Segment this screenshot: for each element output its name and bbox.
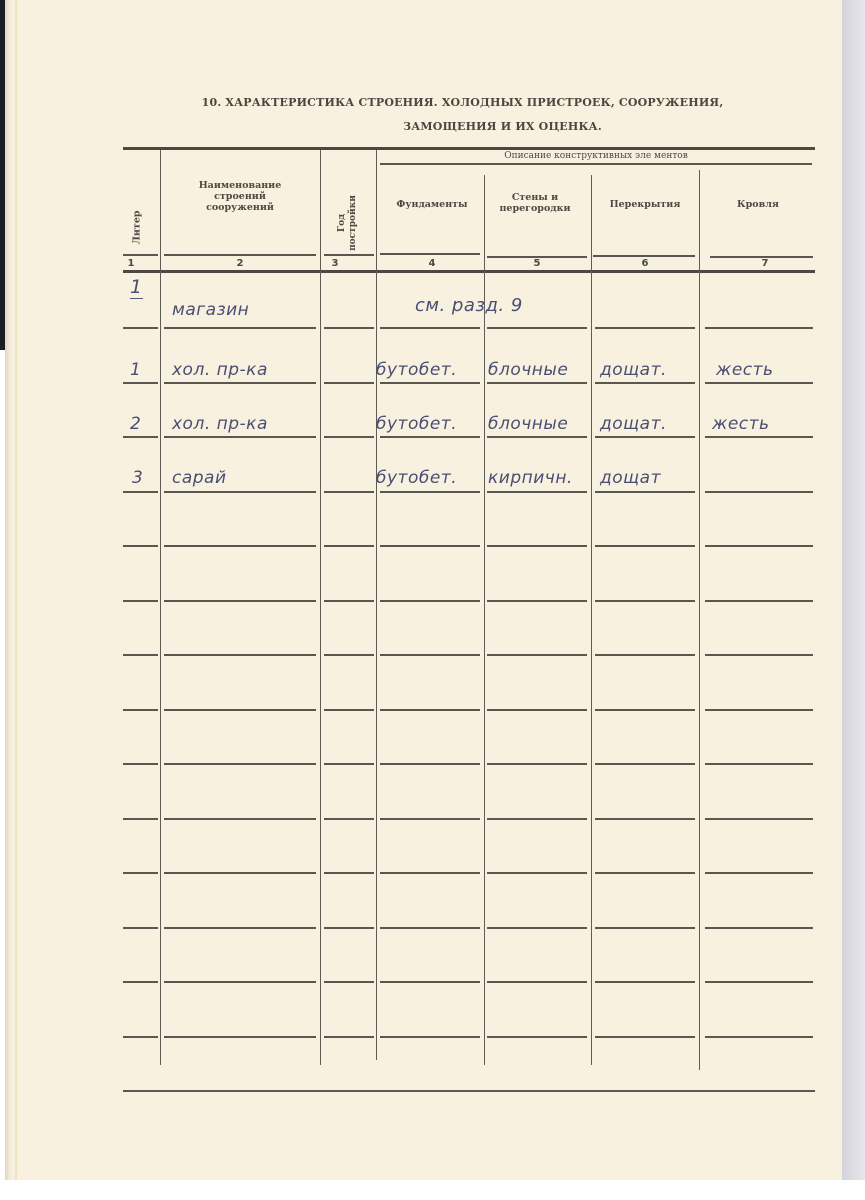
row-separator-line	[324, 382, 374, 384]
row-separator-line	[705, 600, 813, 602]
row-separator-line	[487, 763, 587, 765]
row-separator-line	[123, 545, 158, 547]
row-separator-line	[123, 709, 158, 711]
row-separator-line	[487, 818, 587, 820]
row-separator-line	[705, 654, 813, 656]
cell-name: хол. пр-ка	[172, 360, 268, 380]
row-separator-line	[324, 654, 374, 656]
row-separator-line	[595, 872, 695, 874]
header-divider	[164, 254, 316, 256]
cell-foundation: бутобет.	[376, 360, 457, 380]
row-separator-line	[164, 763, 316, 765]
row-separator-line	[164, 709, 316, 711]
row-separator-line	[595, 763, 695, 765]
row-separator-line	[380, 327, 480, 329]
row-separator-line	[380, 872, 480, 874]
row-separator-line	[380, 382, 480, 384]
row-separator-line	[164, 818, 316, 820]
row-separator-line	[164, 981, 316, 983]
column-header-foundation: Фундаменты	[380, 199, 484, 210]
column-number-6: 6	[638, 258, 652, 269]
row-separator-line	[164, 1036, 316, 1038]
row-separator-line	[705, 436, 813, 438]
cell-roof: жесть	[716, 360, 774, 380]
row-separator-line	[123, 872, 158, 874]
header-bottom-border	[123, 270, 815, 273]
row-separator-line	[595, 927, 695, 929]
cell-floors: дощат.	[600, 360, 667, 380]
row-separator-line	[595, 981, 695, 983]
row-separator-line	[705, 927, 813, 929]
row-separator-line	[705, 709, 813, 711]
row-separator-line	[324, 927, 374, 929]
row-separator-line	[164, 491, 316, 493]
header-divider	[123, 254, 158, 256]
column-header-roof: Кровля	[702, 199, 814, 210]
group-header-label: Описание конструктивных эле ментов	[380, 151, 812, 162]
row-separator-line	[595, 545, 695, 547]
group-header-underline	[380, 163, 812, 165]
row-separator-line	[487, 545, 587, 547]
row-separator-line	[324, 327, 374, 329]
cell-name: магазин	[172, 300, 249, 320]
row-separator-line	[487, 327, 587, 329]
row-separator-line	[123, 600, 158, 602]
row-separator-line	[123, 927, 158, 929]
table-top-border	[123, 147, 815, 150]
cell-liter: 1	[130, 276, 143, 299]
row-separator-line	[487, 600, 587, 602]
row-separator-line	[595, 436, 695, 438]
column-number-2: 2	[230, 258, 250, 269]
row-separator-line	[705, 818, 813, 820]
cell-foundation: бутобет.	[376, 414, 457, 434]
row-separator-line	[123, 654, 158, 656]
row-separator-line	[705, 872, 813, 874]
column-number-7: 7	[758, 258, 772, 269]
row-separator-line	[164, 872, 316, 874]
row-separator-line	[164, 327, 316, 329]
row-separator-line	[487, 872, 587, 874]
row-separator-line	[164, 436, 316, 438]
column-header-floors: Перекрытия	[592, 199, 698, 210]
column-number-3: 3	[328, 258, 342, 269]
cell-name: хол. пр-ка	[172, 414, 268, 434]
row-separator-line	[123, 1036, 158, 1038]
row-separator-line	[324, 818, 374, 820]
page-edge	[15, 0, 17, 1180]
row-separator-line	[324, 600, 374, 602]
row-separator-line	[324, 709, 374, 711]
row-separator-line	[123, 327, 158, 329]
column-header-liter: Литер	[132, 203, 143, 253]
row-separator-line	[595, 709, 695, 711]
cell-name: сарай	[172, 468, 227, 488]
row-separator-line	[595, 818, 695, 820]
table-bottom-line	[123, 1090, 815, 1092]
column-number-1: 1	[123, 258, 139, 269]
row-separator-line	[324, 981, 374, 983]
cell-liter: 2	[130, 414, 141, 434]
column-divider	[699, 170, 700, 1070]
row-separator-line	[595, 600, 695, 602]
column-divider	[160, 150, 161, 1065]
row-separator-line	[164, 654, 316, 656]
row-separator-line	[595, 654, 695, 656]
form-title-line-1: 10. ХАРАКТЕРИСТИКА СТРОЕНИЯ. ХОЛОДНЫХ ПР…	[30, 96, 865, 109]
cell-roof: жесть	[712, 414, 770, 434]
row-separator-line	[487, 927, 587, 929]
row-separator-line	[164, 382, 316, 384]
header-divider	[593, 255, 695, 257]
row-separator-line	[705, 545, 813, 547]
row-separator-line	[164, 927, 316, 929]
row-separator-line	[380, 709, 480, 711]
row-separator-line	[123, 981, 158, 983]
cell-walls: блочные	[488, 414, 568, 434]
row-separator-line	[705, 981, 813, 983]
column-header-year: Год постройки	[337, 193, 359, 253]
row-separator-line	[595, 382, 695, 384]
row-separator-line	[487, 1036, 587, 1038]
row-separator-line	[705, 382, 813, 384]
column-divider	[320, 150, 321, 1065]
row-separator-line	[380, 927, 480, 929]
row-separator-line	[324, 763, 374, 765]
row-separator-line	[487, 436, 587, 438]
column-number-4: 4	[425, 258, 439, 269]
row-separator-line	[487, 709, 587, 711]
row-separator-line	[380, 654, 480, 656]
cell-foundation: бутобет.	[376, 468, 457, 488]
scan-border-right	[842, 0, 865, 1180]
row-separator-line	[324, 545, 374, 547]
row-separator-line	[380, 763, 480, 765]
row-separator-line	[487, 981, 587, 983]
row-separator-line	[705, 1036, 813, 1038]
row-separator-line	[324, 436, 374, 438]
row-separator-line	[123, 382, 158, 384]
row-separator-line	[705, 491, 813, 493]
row-separator-line	[595, 1036, 695, 1038]
row-separator-line	[380, 1036, 480, 1038]
cell-foundation-note: см. разд. 9	[415, 295, 523, 316]
row-separator-line	[123, 491, 158, 493]
row-separator-line	[705, 327, 813, 329]
row-separator-line	[164, 600, 316, 602]
row-separator-line	[705, 763, 813, 765]
column-header-name: Наименование строений сооружений	[185, 180, 295, 213]
row-separator-line	[380, 600, 480, 602]
form-page	[5, 0, 842, 1180]
row-separator-line	[595, 327, 695, 329]
cell-walls: кирпичн.	[488, 468, 573, 488]
row-separator-line	[123, 436, 158, 438]
column-divider	[591, 175, 592, 1065]
cell-floors: дощат	[600, 468, 661, 488]
row-separator-line	[123, 763, 158, 765]
cell-walls: блочные	[488, 360, 568, 380]
row-separator-line	[164, 545, 316, 547]
row-separator-line	[380, 436, 480, 438]
header-divider	[380, 253, 480, 255]
row-separator-line	[380, 491, 480, 493]
form-title-line-2: ЗАМОЩЕНИЯ И ИХ ОЦЕНКА.	[70, 120, 865, 133]
row-separator-line	[487, 382, 587, 384]
column-header-walls: Стены и перегородки	[490, 192, 580, 214]
cell-floors: дощат.	[600, 414, 667, 434]
row-separator-line	[595, 491, 695, 493]
row-separator-line	[324, 491, 374, 493]
column-divider	[376, 150, 377, 1060]
row-separator-line	[487, 491, 587, 493]
row-separator-line	[324, 1036, 374, 1038]
row-separator-line	[380, 818, 480, 820]
header-divider	[324, 254, 374, 256]
row-separator-line	[324, 872, 374, 874]
cell-liter: 3	[132, 468, 143, 488]
cell-liter: 1	[130, 360, 141, 380]
column-number-5: 5	[530, 258, 544, 269]
row-separator-line	[380, 981, 480, 983]
row-separator-line	[380, 545, 480, 547]
row-separator-line	[487, 654, 587, 656]
row-separator-line	[123, 818, 158, 820]
